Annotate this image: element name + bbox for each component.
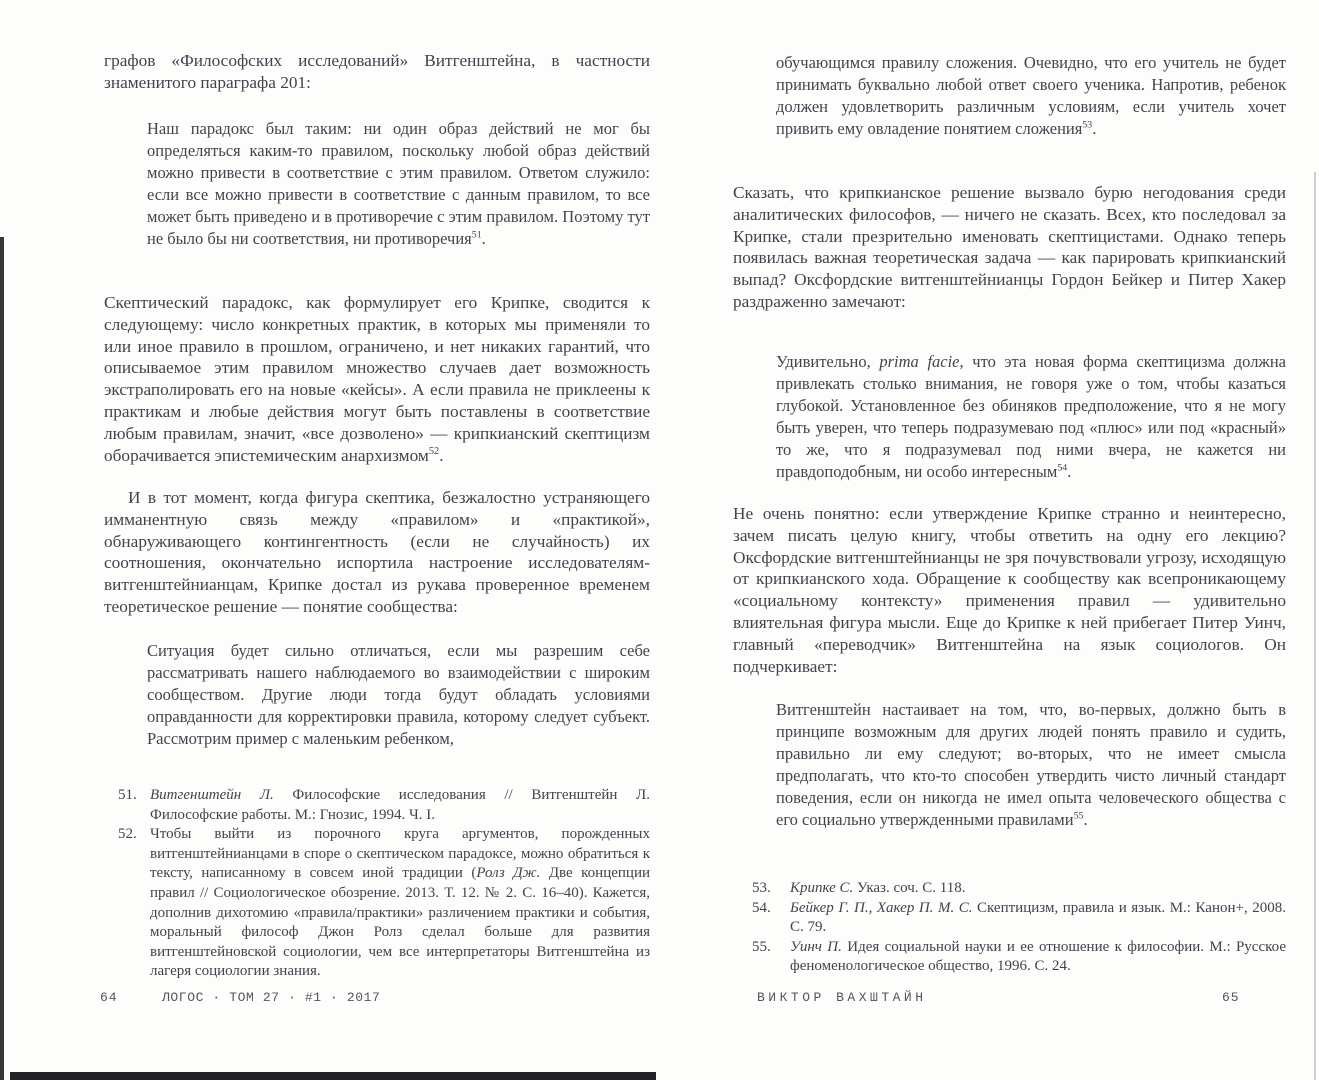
right-page: обучающимся правилу сложения. Очевидно, …	[733, 0, 1286, 1080]
footnote-number: 51.	[118, 786, 137, 806]
blockquote-kripke-community: Ситуация будет сильно отличаться, если м…	[147, 640, 650, 750]
blockquote-winch: Витгенштейн настаивает на том, что, во-п…	[776, 699, 1286, 830]
left-page: графов «Философских исследований» Витген…	[104, 0, 650, 1080]
blockquote-wittgenstein-201: Наш парадокс был таким: ни один образ де…	[147, 118, 650, 249]
footnote-number: 55.	[752, 938, 771, 958]
footnotes-left: 51. Витгенштейн Л. Философские исследова…	[104, 786, 650, 982]
footnote-54: 54. Бейкер Г. П., Хакер П. М. С. Скептиц…	[733, 899, 1286, 938]
footnote-text: Чтобы выйти из порочного круга аргументо…	[150, 826, 650, 979]
scan-edge-bottom	[10, 1072, 656, 1080]
paragraph-continuation: графов «Философских исследований» Витген…	[104, 50, 650, 94]
paragraph-skeptical-paradox: Скептический парадокс, как формулирует е…	[104, 292, 650, 466]
journal-running-title: ЛОГОС · ТОМ 27 · #1 · 2017	[162, 990, 380, 1005]
footnote-55: 55. Уинч П. Идея социальной науки и ее о…	[733, 938, 1286, 977]
footnote-text: Уинч П. Идея социальной науки и ее отнош…	[790, 939, 1286, 975]
footnote-number: 52.	[118, 825, 137, 845]
paragraph-winch-translator: Не очень понятно: если утверждение Крипк…	[733, 503, 1286, 677]
page-number-left: 64	[100, 990, 118, 1005]
footnote-text: Бейкер Г. П., Хакер П. М. С. Скептицизм,…	[790, 900, 1286, 936]
page-footer-left: 64 ЛОГОС · ТОМ 27 · #1 · 2017	[104, 990, 650, 1010]
paragraph-kripkean-solution: Сказать, что крипкианское решение вызвал…	[733, 182, 1286, 313]
page-number-right: 65	[1222, 990, 1240, 1005]
footnote-number: 54.	[752, 899, 771, 919]
blockquote-continuation-addition-rule: обучающимся правилу сложения. Очевидно, …	[776, 52, 1286, 140]
scan-edge-right	[1314, 172, 1316, 1080]
footnote-52: 52. Чтобы выйти из порочного круга аргум…	[104, 825, 650, 982]
footnote-number: 53.	[752, 879, 771, 899]
footnote-text: Крипке С. Указ. соч. С. 118.	[790, 880, 966, 896]
footnote-text: Витгенштейн Л. Философские исследования …	[150, 787, 650, 823]
paragraph-kripke-community: И в тот момент, когда фигура скептика, б…	[104, 487, 650, 618]
footnote-51: 51. Витгенштейн Л. Философские исследова…	[104, 786, 650, 825]
book-spread: графов «Философских исследований» Витген…	[0, 0, 1319, 1080]
footnotes-right: 53. Крипке С. Указ. соч. С. 118. 54. Бей…	[733, 879, 1286, 977]
page-footer-right: ВИКТОР ВАХШТАЙН 65	[733, 990, 1286, 1010]
scan-edge-left	[0, 237, 4, 1080]
blockquote-baker-hacker: Удивительно, prima facie, что эта новая …	[776, 351, 1286, 482]
author-running-title: ВИКТОР ВАХШТАЙН	[757, 990, 927, 1005]
footnote-53: 53. Крипке С. Указ. соч. С. 118.	[733, 879, 1286, 899]
